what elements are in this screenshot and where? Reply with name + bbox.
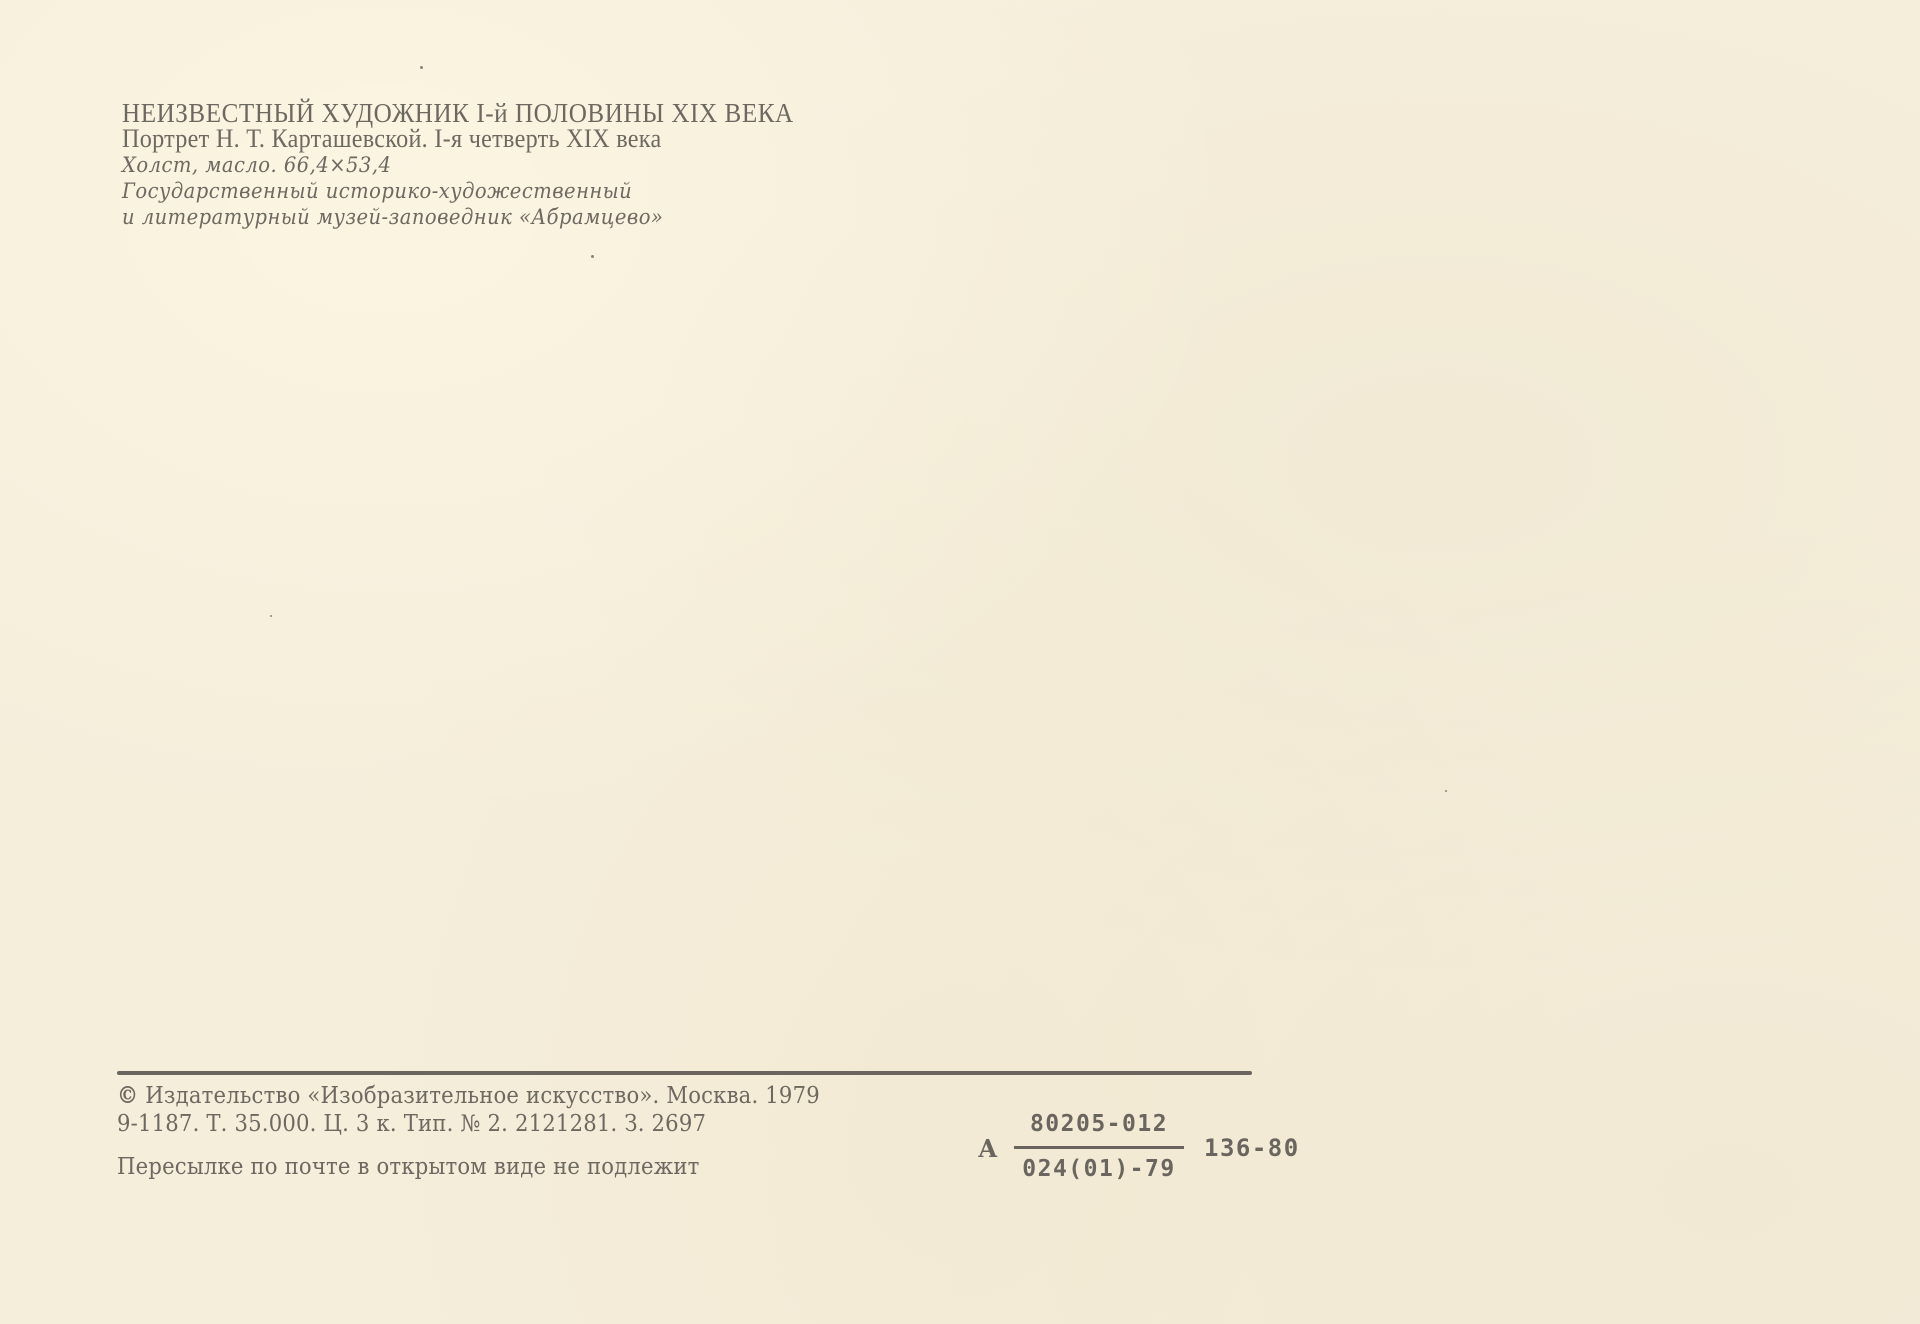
index-fraction: 80205-012 024(01)-79 — [1014, 1110, 1184, 1183]
paper-speck — [591, 255, 594, 258]
index-suffix: 136-80 — [1204, 1134, 1300, 1162]
paper-speck — [1445, 790, 1447, 792]
publisher-line: © Издательство «Изобразительное искусств… — [117, 1082, 820, 1109]
artwork-title: Портрет Н. Т. Карташевской. I-я четверть… — [122, 126, 794, 152]
fraction-bar — [1014, 1146, 1184, 1149]
postcard-back: НЕИЗВЕСТНЫЙ ХУДОЖНИК I-й ПОЛОВИНЫ XIX ВЕ… — [0, 0, 1920, 1324]
artwork-medium: Холст, масло. 66,4×53,4 — [122, 152, 794, 178]
paper-speck — [420, 66, 423, 69]
index-letter: А — [978, 1134, 998, 1163]
copyright-icon: © — [117, 1082, 138, 1109]
postal-notice: Пересылке по почте в открытом виде не по… — [117, 1154, 700, 1180]
index-denominator: 024(01)-79 — [1014, 1155, 1184, 1183]
publisher-text: Издательство «Изобразительное искусство»… — [145, 1083, 820, 1109]
index-numerator: 80205-012 — [1014, 1110, 1184, 1138]
collection-line-2: и литературный музей-заповедник «Абрамце… — [122, 204, 794, 230]
footer-divider — [117, 1071, 1252, 1075]
artwork-caption: НЕИЗВЕСТНЫЙ ХУДОЖНИК I-й ПОЛОВИНЫ XIX ВЕ… — [122, 100, 844, 230]
artist-name: НЕИЗВЕСТНЫЙ ХУДОЖНИК I-й ПОЛОВИНЫ XIX ВЕ… — [122, 100, 794, 126]
paper-speck — [270, 615, 272, 617]
collection-line-1: Государственный историко-художественный — [122, 178, 794, 204]
print-info-line: 9-1187. Т. 35.000. Ц. 3 к. Тип. № 2. 212… — [117, 1111, 706, 1137]
